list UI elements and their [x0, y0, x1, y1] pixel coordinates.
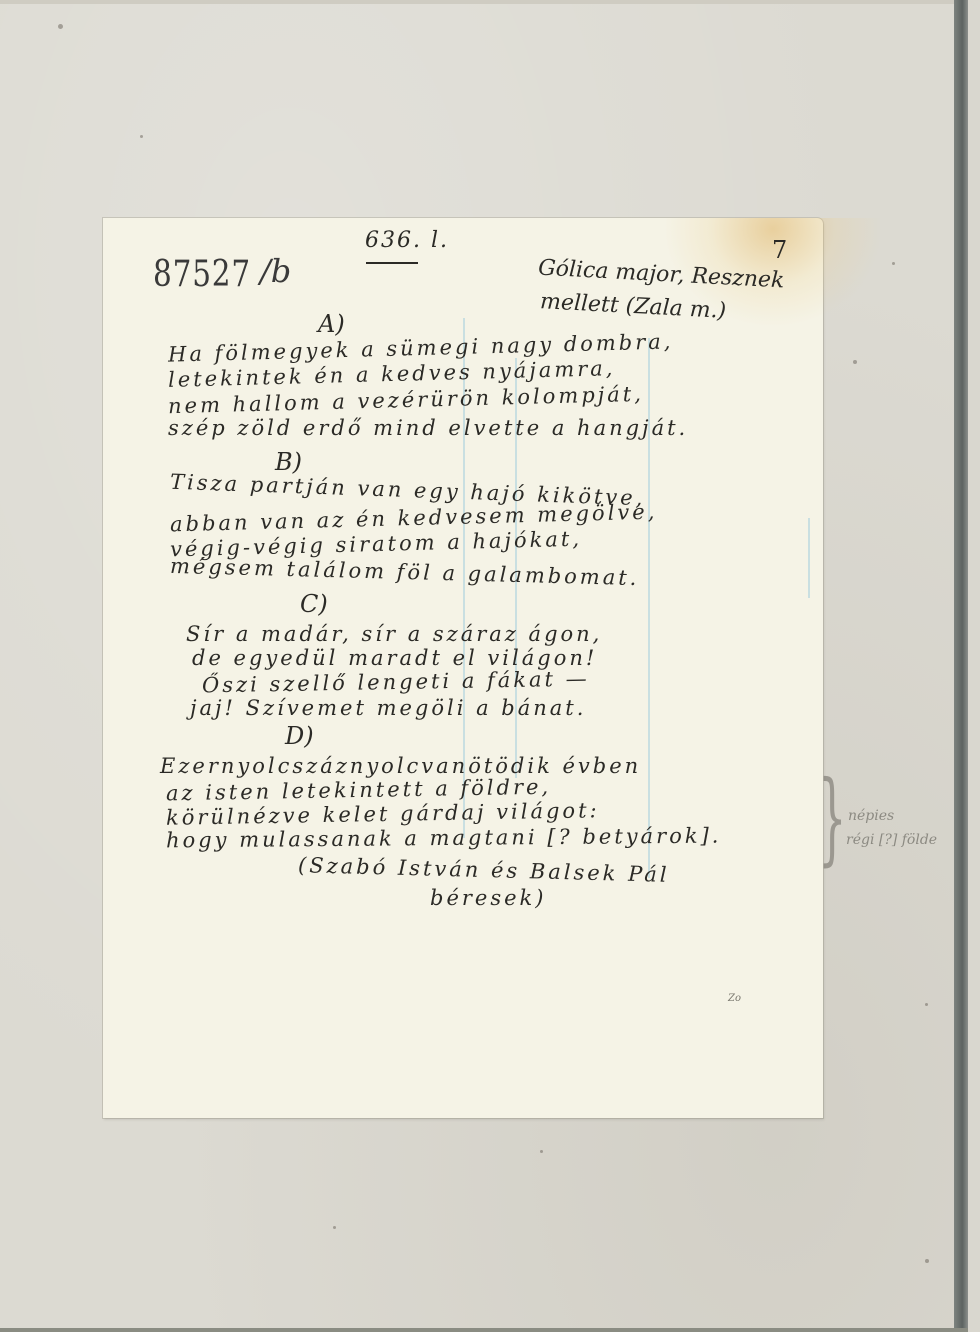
board-speck: [140, 135, 143, 138]
verse-a-line-4: szép zöld erdő mind elvette a hangját.: [168, 416, 688, 440]
margin-note-line-2: régi [?] földe: [846, 830, 937, 850]
board-speck: [925, 1259, 929, 1263]
item-number-underline: [366, 262, 418, 264]
verse-c-line-4: jaj! Szívemet megöli a bánat.: [190, 696, 586, 720]
board-speck: [58, 24, 63, 29]
section-b-label: B): [275, 448, 302, 476]
board-right-edge-shadow: [954, 0, 968, 1332]
page-number: 7: [772, 236, 787, 264]
board-top-edge: [0, 0, 968, 4]
catalog-stamp-suffix: /b: [260, 252, 291, 290]
verse-c-line-2: de egyedül maradt el világon!: [192, 646, 597, 670]
section-c-label: C): [300, 590, 328, 618]
attribution-line-2: béresek): [430, 886, 546, 910]
board-speck: [853, 360, 857, 364]
margin-note-line-1: népies: [848, 806, 894, 826]
verse-d-line-4: hogy mulassanak a magtani [? betyárok].: [166, 824, 722, 853]
board-speck: [540, 1150, 543, 1153]
blue-ink-streak: [808, 518, 810, 598]
board-speck: [892, 262, 895, 265]
section-a-label: A): [318, 310, 345, 338]
item-number: 636. l.: [365, 228, 449, 253]
board-speck: [925, 1003, 928, 1006]
verse-d-line-1: Ezernyolcszáznyolcvanötödik évben: [160, 754, 641, 778]
catalog-stamp-number: 87527: [153, 254, 251, 295]
verse-c-line-1: Sír a madár, sír a száraz ágon,: [186, 622, 602, 646]
board-bottom-edge: [0, 1328, 968, 1332]
footer-pencil-mark: Zo: [728, 993, 741, 1004]
board-speck: [333, 1226, 336, 1229]
section-d-label: D): [285, 722, 314, 750]
